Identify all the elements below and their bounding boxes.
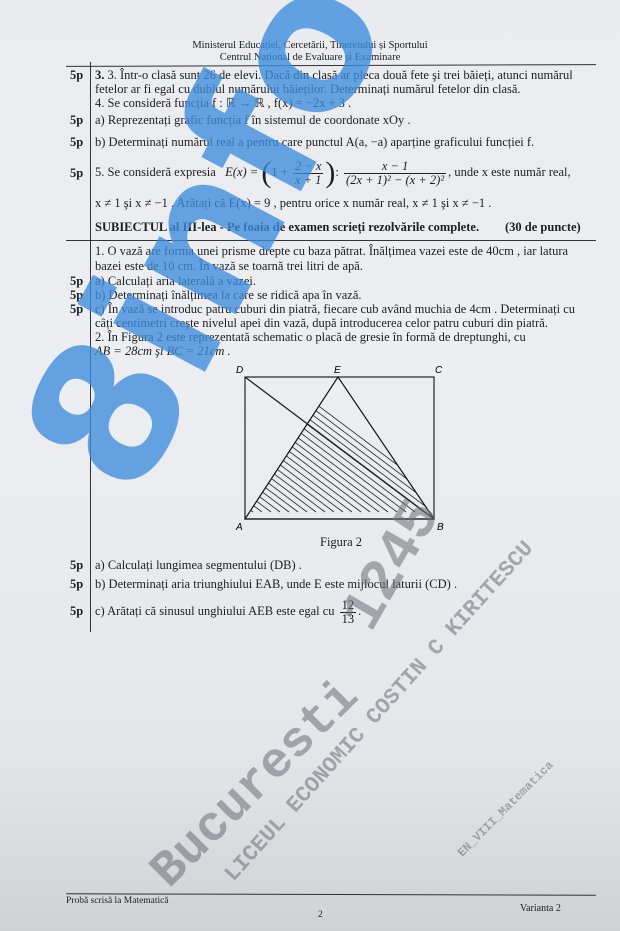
- points-p4b: 5p: [70, 135, 92, 149]
- expression-lhs: E(x) =: [225, 165, 258, 179]
- s3-problem-1c-line-2: câți centimetri creşte nivelul apei din …: [95, 316, 548, 330]
- one-plus: 1 +: [271, 165, 287, 179]
- watermark-exam: EN_VIII_Matematica: [455, 758, 557, 860]
- points-s3-p1b: 5p: [70, 288, 92, 302]
- s3-problem-1-line-2: bazei este de 10 cm. În vază se toarnă t…: [95, 259, 363, 273]
- variant-label: Varianta 2: [520, 903, 561, 914]
- s3-problem-2-line-2: AB = 28cm şi BC = 21cm .: [95, 344, 231, 358]
- fraction-1: 2 − xx + 1: [293, 160, 323, 187]
- header-divider: [66, 64, 596, 67]
- problem-5-tail: , unde x este număr real,: [448, 165, 571, 179]
- points-s3-p2b: 5p: [70, 577, 92, 591]
- problem-4b: b) Determinați numărul real a pentru car…: [95, 135, 534, 149]
- points-p4a: 5p: [70, 113, 92, 127]
- points-s3-p1c: 5p: [70, 302, 92, 316]
- problem-3-text: 3. Într-o clasă sunt 26 de elevi. Dacă d…: [108, 68, 573, 82]
- exam-page: Ministerul Educației, Cercetării, Tinere…: [0, 0, 620, 931]
- points-s3-p1a: 5p: [70, 274, 92, 288]
- figure-2-rectangle-diagram: D E C A B: [228, 362, 448, 532]
- footer-exam-name: Probă scrisă la Matematică: [66, 896, 169, 906]
- s3-problem-2c: c) Arătați că sinusul unghiului AEB este…: [95, 596, 361, 626]
- points-column-divider: [90, 62, 91, 250]
- s3-problem-1b: b) Determinați înălțimea la care se ridi…: [95, 288, 362, 302]
- s3-problem-2c-text: c) Arătați că sinusul unghiului AEB este…: [95, 604, 335, 618]
- problem-4-intro: 4. Se consideră funcția f : ℝ → ℝ , f(x)…: [95, 96, 351, 110]
- subject-divider: [66, 240, 596, 241]
- s3-problem-1-line-1: 1. O vază are forma unei prisme drepte c…: [95, 244, 568, 258]
- problem-4a: a) Reprezentați grafic funcția f în sist…: [95, 113, 411, 127]
- points-s3-p2a: 5p: [70, 558, 92, 572]
- label-C: C: [435, 365, 443, 376]
- s3-problem-2-line-1: 2. În Figura 2 este reprezentată schemat…: [95, 330, 526, 344]
- points-p5: 5p: [70, 166, 92, 180]
- subject-3-points: (30 de puncte): [505, 220, 581, 235]
- watermark-city: Bucuresti: [140, 669, 371, 900]
- header-ministry: Ministerul Educației, Cercetării, Tinere…: [0, 40, 620, 52]
- subject-3-title: SUBIECTUL al III-lea - Pe foaia de exame…: [95, 220, 479, 235]
- s3-problem-1c-line-1: c) În vază se introduc patru cuburi din …: [95, 302, 575, 316]
- s3-problem-2a: a) Calculați lungimea segmentului (DB) .: [95, 558, 302, 572]
- fraction-2: x − 1(2x + 1)² − (x + 2)²: [344, 160, 446, 187]
- problem-5-lead: 5. Se consideră expresia: [95, 165, 216, 179]
- problem-3-line-2: fetelor ar fi egal cu dublul numărului b…: [95, 82, 521, 96]
- figure-caption: Figura 2: [320, 535, 362, 550]
- label-A: A: [235, 522, 243, 532]
- header-center: Centrul Național de Evaluare și Examinar…: [0, 52, 620, 64]
- problem-3-line-1: 3. 3. Într-o clasă sunt 26 de elevi. Dac…: [95, 68, 573, 82]
- fraction-12-13: 1213: [340, 599, 357, 626]
- s3-problem-2b: b) Determinați aria triunghiului EAB, un…: [95, 577, 457, 591]
- points-s3-p2c: 5p: [70, 604, 92, 618]
- problem-5-line-1: 5. Se consideră expresia E(x) = (1 + 2 −…: [95, 150, 571, 194]
- label-E: E: [334, 365, 341, 376]
- points-p3: 5p: [70, 68, 92, 82]
- problem-5-line-2: x ≠ 1 şi x ≠ −1 . Arătați că E(x) = 9 , …: [95, 196, 491, 210]
- page-number: 2: [318, 910, 323, 920]
- label-B: B: [437, 522, 444, 532]
- s3-problem-1a: a) Calculați aria laterală a vazei.: [95, 274, 256, 288]
- label-D: D: [236, 365, 243, 376]
